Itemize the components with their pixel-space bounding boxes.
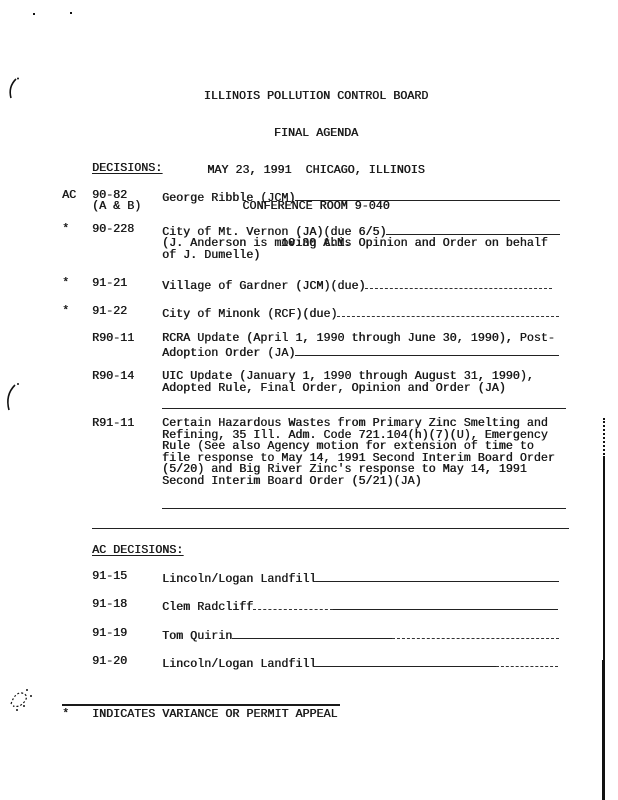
ac-decision-row: 91-18 Clem Radcliff bbox=[62, 599, 568, 614]
variance-footnote: * INDICATES VARIANCE OR PERMIT APPEAL bbox=[62, 704, 340, 721]
header-line: FINAL AGENDA bbox=[14, 127, 618, 139]
page-edge-scan-line bbox=[602, 660, 605, 800]
decision-row: R91-11 Certain Hazardous Wastes from Pri… bbox=[62, 418, 568, 509]
case-note: (J. Anderson is moving this Opinion and … bbox=[162, 236, 548, 262]
docket-note: (A & B) bbox=[92, 201, 162, 213]
handwritten-mark bbox=[2, 381, 22, 415]
signature-line bbox=[386, 224, 560, 235]
row-docket: 90-228 bbox=[92, 224, 162, 236]
row-docket: R90-11 bbox=[92, 333, 162, 345]
footnote-text: INDICATES VARIANCE OR PERMIT APPEAL bbox=[92, 709, 337, 721]
decisions-heading: DECISIONS: bbox=[92, 163, 568, 175]
row-docket: R90-14 bbox=[92, 371, 162, 383]
signature-line bbox=[162, 400, 566, 409]
page-edge-scan-line bbox=[603, 418, 605, 458]
signature-line bbox=[333, 599, 558, 610]
row-description: City of Minonk (RCF)(due) bbox=[162, 306, 566, 321]
docket-number: 91-15 bbox=[92, 571, 162, 583]
row-description: UIC Update (January 1, 1990 through Augu… bbox=[162, 371, 566, 409]
case-title: Lincoln/Logan Landfill bbox=[162, 657, 316, 671]
row-docket: R91-11 bbox=[92, 418, 162, 430]
header-line: ILLINOIS POLLUTION CONTROL BOARD bbox=[14, 90, 618, 102]
scan-speck bbox=[33, 13, 35, 15]
row-flag: AC bbox=[62, 190, 92, 202]
case-title: Tom Quirin bbox=[162, 629, 232, 643]
signature-line bbox=[253, 599, 333, 610]
case-title: Lincoln/Logan Landfill bbox=[162, 572, 316, 586]
docket-number: 91-22 bbox=[92, 306, 162, 318]
signature-line bbox=[496, 656, 558, 667]
row-docket: 91-20 bbox=[92, 656, 162, 668]
docket-number: R90-14 bbox=[92, 371, 162, 383]
docket-number: 91-18 bbox=[92, 599, 162, 611]
case-title: UIC Update (January 1, 1990 through Augu… bbox=[162, 369, 534, 395]
decision-row: R90-11 RCRA Update (April 1, 1990 throug… bbox=[62, 333, 568, 359]
signature-line bbox=[392, 628, 559, 639]
row-docket: 91-15 bbox=[92, 571, 162, 583]
row-description: Certain Hazardous Wastes from Primary Zi… bbox=[162, 418, 566, 509]
signature-line bbox=[316, 656, 496, 667]
ac-decision-row: 91-19 Tom Quirin bbox=[62, 628, 568, 643]
row-docket: 91-21 bbox=[92, 278, 162, 290]
row-description: Lincoln/Logan Landfill bbox=[162, 571, 566, 586]
scan-speck bbox=[70, 12, 72, 14]
signature-line bbox=[295, 345, 559, 356]
decision-row: R90-14 UIC Update (January 1, 1990 throu… bbox=[62, 371, 568, 409]
decision-row: * 91-22 City of Minonk (RCF)(due) bbox=[62, 306, 568, 321]
docket-number: 91-21 bbox=[92, 278, 162, 290]
decision-row: AC 90-82 (A & B) George Ribble (JCM) bbox=[62, 190, 568, 213]
docket-number: 90-228 bbox=[92, 224, 162, 236]
scanned-agenda-page: ILLINOIS POLLUTION CONTROL BOARD FINAL A… bbox=[0, 0, 618, 800]
signature-line bbox=[316, 571, 559, 582]
signature-line bbox=[295, 190, 560, 201]
ac-decision-row: 91-15 Lincoln/Logan Landfill bbox=[62, 571, 568, 586]
decision-row: * 90-228 City of Mt. Vernon (JA)(due 6/5… bbox=[62, 224, 568, 262]
docket-number: 91-20 bbox=[92, 656, 162, 668]
signature-line bbox=[162, 500, 566, 509]
docket-number: R90-11 bbox=[92, 333, 162, 345]
row-docket: 91-22 bbox=[92, 306, 162, 318]
case-title: Village of Gardner (JCM)(due) bbox=[162, 279, 365, 293]
ac-decisions-heading: AC DECISIONS: bbox=[92, 545, 568, 557]
signature-line bbox=[337, 306, 559, 317]
row-docket: 91-19 bbox=[92, 628, 162, 640]
row-description: George Ribble (JCM) bbox=[162, 190, 566, 205]
row-description: Lincoln/Logan Landfill bbox=[162, 656, 566, 671]
section-divider bbox=[92, 528, 569, 529]
row-description: RCRA Update (April 1, 1990 through June … bbox=[162, 333, 566, 359]
row-flag: * bbox=[62, 224, 92, 236]
footnote-marker: * bbox=[62, 709, 92, 721]
signature-line bbox=[232, 628, 392, 639]
scan-smudge bbox=[5, 684, 37, 718]
case-title: City of Minonk (RCF)(due) bbox=[162, 307, 337, 321]
docket-number: R91-11 bbox=[92, 418, 162, 430]
row-docket: 91-18 bbox=[92, 599, 162, 611]
row-flag: * bbox=[62, 306, 92, 318]
case-title: Clem Radcliff bbox=[162, 600, 253, 614]
ac-decision-row: 91-20 Lincoln/Logan Landfill bbox=[62, 656, 568, 671]
row-description: Tom Quirin bbox=[162, 628, 566, 643]
row-description: Clem Radcliff bbox=[162, 599, 566, 614]
signature-line bbox=[365, 278, 552, 289]
case-title: Certain Hazardous Wastes from Primary Zi… bbox=[162, 416, 555, 488]
row-description: City of Mt. Vernon (JA)(due 6/5)(J. Ande… bbox=[162, 224, 566, 262]
row-description: Village of Gardner (JCM)(due) bbox=[162, 278, 566, 293]
case-title: George Ribble (JCM) bbox=[162, 191, 295, 205]
decision-row: * 91-21 Village of Gardner (JCM)(due) bbox=[62, 278, 568, 293]
docket-number: 91-19 bbox=[92, 628, 162, 640]
row-flag: * bbox=[62, 278, 92, 290]
row-docket: 90-82 (A & B) bbox=[92, 190, 162, 213]
agenda-body: DECISIONS: AC 90-82 (A & B) George Ribbl… bbox=[62, 163, 568, 671]
